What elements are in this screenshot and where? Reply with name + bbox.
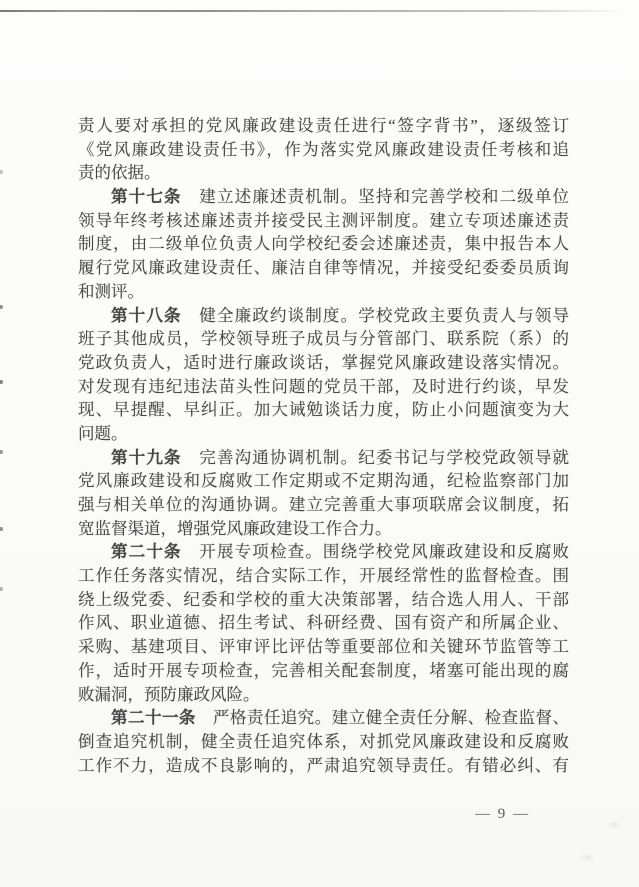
text-line: 作，适时开展专项检查，完善相关配套制度，堵塞可能出现的腐 xyxy=(78,659,569,683)
scan-edge-mark xyxy=(0,587,3,591)
scan-edge-mark xyxy=(0,527,3,531)
text-line: 采购、基建项目、评审评比评估等重要部位和关键环节监管等工 xyxy=(78,635,569,659)
text-line: 班子其他成员，学校领导班子成员与分管部门、联系院（系）的 xyxy=(78,327,569,351)
text-line: 领导年终考核述廉述责并接受民主测评制度。建立专项述廉述责 xyxy=(78,209,569,233)
scan-smudge xyxy=(610,822,618,827)
text-line: 对发现有违纪违法苗头性问题的党员干部，及时进行约谈，早发 xyxy=(78,375,569,399)
text-line: 现、早提醒、早纠正。加大诫勉谈话力度，防止小问题演变为大 xyxy=(78,398,569,422)
text-line: 第二十一条 严格责任追究。建立健全责任分解、检查监督、 xyxy=(78,706,569,730)
scan-edge-mark xyxy=(0,450,3,454)
text-line: 第十九条 完善沟通协调机制。纪委书记与学校党政领导就 xyxy=(78,446,569,470)
article-number: 第十七条 xyxy=(111,187,182,206)
document-text: 责人要对承担的党风廉政建设责任进行“签字背书”，逐级签订《党风廉政建设责任书》，… xyxy=(78,114,569,777)
article-number: 第十八条 xyxy=(111,306,182,325)
text-line: 倒查追究机制，健全责任追究体系，对抓党风廉政建设和反腐败 xyxy=(78,730,569,754)
scan-edge-mark xyxy=(0,380,3,384)
text-line: 《党风廉政建设责任书》，作为落实党风廉政建设责任考核和追 xyxy=(78,138,569,162)
text-line: 党风廉政建设和反腐败工作定期或不定期沟通，纪检监察部门加 xyxy=(78,469,569,493)
text-line: 责的依据。 xyxy=(78,161,569,185)
text-line: 工作任务落实情况，结合实际工作，开展经常性的监督检查。围 xyxy=(78,564,569,588)
scan-edge-mark xyxy=(0,305,3,309)
text-line: 问题。 xyxy=(78,422,569,446)
text-line: 败漏洞，预防廉政风险。 xyxy=(78,683,569,707)
text-line: 履行党风廉政建设责任、廉洁自律等情况，并接受纪委委员质询 xyxy=(78,256,569,280)
text-line: 制度，由二级单位负责人向学校纪委会述廉述责，集中报告本人 xyxy=(78,232,569,256)
text-line: 党政负责人，适时进行廉政谈话，掌握党风廉政建设落实情况。 xyxy=(78,351,569,375)
text-line: 绕上级党委、纪委和学校的重大决策部署，结合选人用人、干部 xyxy=(78,588,569,612)
text-line: 和测评。 xyxy=(78,280,569,304)
article-number: 第二十一条 xyxy=(111,708,196,727)
text-line: 宽监督渠道，增强党风廉政建设工作合力。 xyxy=(78,517,569,541)
scanned-page: 责人要对承担的党风廉政建设责任进行“签字背书”，逐级签订《党风廉政建设责任书》，… xyxy=(0,0,639,887)
text-line: 责人要对承担的党风廉政建设责任进行“签字背书”，逐级签订 xyxy=(78,114,569,138)
page-number: — 9 — xyxy=(475,806,530,823)
text-line: 第十八条 健全廉政约谈制度。学校党政主要负责人与领导 xyxy=(78,304,569,328)
scan-top-edge-line xyxy=(0,10,626,12)
scan-smudge xyxy=(582,855,592,860)
text-line: 第二十条 开展专项检查。围绕学校党风廉政建设和反腐败 xyxy=(78,540,569,564)
article-number: 第二十条 xyxy=(111,542,182,561)
scan-edge-mark xyxy=(0,170,3,174)
text-line: 作风、职业道德、招生考试、科研经费、国有资产和所属企业、 xyxy=(78,611,569,635)
text-line: 第十七条 建立述廉述责机制。坚持和完善学校和二级单位 xyxy=(78,185,569,209)
text-line: 强与相关单位的沟通协调。建立完善重大事项联席会议制度，拓 xyxy=(78,493,569,517)
article-number: 第十九条 xyxy=(111,448,182,467)
text-line: 工作不力，造成不良影响的，严肃追究领导责任。有错必纠、有 xyxy=(78,754,569,778)
